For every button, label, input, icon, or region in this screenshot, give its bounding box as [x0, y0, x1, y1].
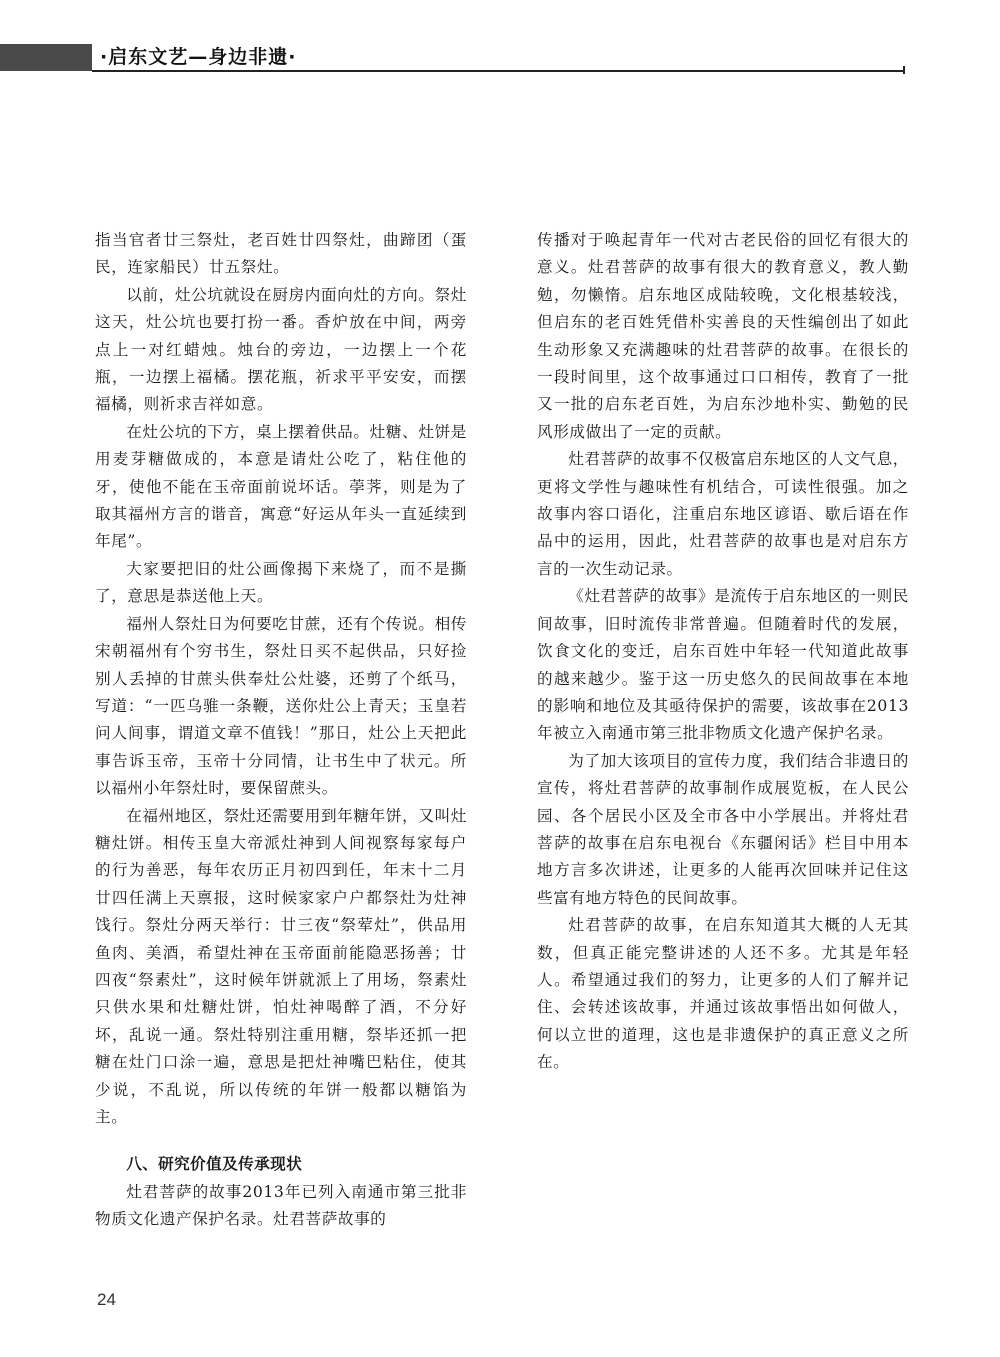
right-column: 传播对于唤起青年一代对古老民俗的回忆有很大的意义。灶君菩萨的故事有很大的教育意义… [537, 227, 909, 1077]
paragraph: 大家要把旧的灶公画像揭下来烧了，而不是撕了，意思是恭送他上天。 [95, 556, 467, 611]
paragraph: 灶君菩萨的故事2013年已列入南通市第三批非物质文化遗产保护名录。灶君菩萨故事的 [95, 1179, 467, 1234]
left-column: 指当官者廿三祭灶，老百姓廿四祭灶，曲蹄团（蛋民，连家船民）廿五祭灶。 以前，灶公… [95, 227, 467, 1234]
paragraph: 指当官者廿三祭灶，老百姓廿四祭灶，曲蹄团（蛋民，连家船民）廿五祭灶。 [95, 227, 467, 282]
paragraph: 为了加大该项目的宣传力度，我们结合非遗日的宣传，将灶君菩萨的故事制作成展览板，在… [537, 748, 909, 912]
page-number: 24 [97, 1290, 116, 1310]
header-decorative-block [0, 44, 92, 71]
header-rule [92, 70, 905, 72]
header-rule-end-tick [903, 66, 905, 74]
paragraph: 在福州地区，祭灶还需要用到年糖年饼，又叫灶糖灶饼。相传玉皇大帝派灶神到人间视察每… [95, 803, 467, 1132]
paragraph: 以前，灶公坑就设在厨房内面向灶的方向。祭灶这天，灶公坑也要打扮一番。香炉放在中间… [95, 282, 467, 419]
paragraph: 福州人祭灶日为何要吃甘蔗，还有个传说。相传宋朝福州有个穷书生，祭灶日买不起供品，… [95, 611, 467, 803]
running-header-title: ·启东文艺—身边非遗· [100, 44, 296, 70]
paragraph: 在灶公坑的下方，桌上摆着供品。灶糖、灶饼是用麦芽糖做成的，本意是请灶公吃了，粘住… [95, 419, 467, 556]
paragraph: 灶君菩萨的故事不仅极富启东地区的人文气息，更将文学性与趣味性有机结合，可读性很强… [537, 446, 909, 583]
paragraph: 传播对于唤起青年一代对古老民俗的回忆有很大的意义。灶君菩萨的故事有很大的教育意义… [537, 227, 909, 446]
paragraph: 灶君菩萨的故事，在启东知道其大概的人无其数，但真正能完整讲述的人还不多。尤其是年… [537, 912, 909, 1076]
section-heading: 八、研究价值及传承现状 [95, 1151, 467, 1178]
paragraph: 《灶君菩萨的故事》是流传于启东地区的一则民间故事，旧时流传非常普遍。但随着时代的… [537, 583, 909, 747]
